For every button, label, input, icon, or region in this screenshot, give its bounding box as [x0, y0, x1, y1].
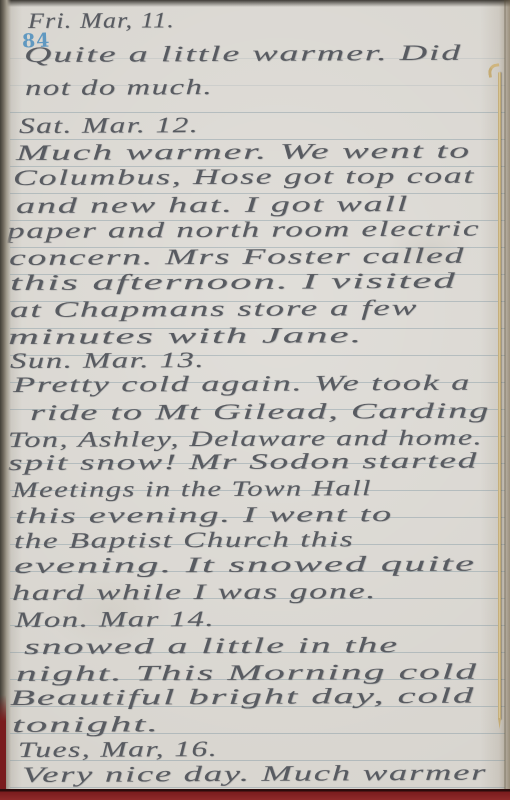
page-edge-crease	[504, 0, 506, 789]
journal-line: not do much.	[25, 74, 213, 101]
journal-line: evening. It snowed quite	[14, 551, 476, 579]
journal-lines: Fri. Mar, 11.Quite a little warmer. Didn…	[0, 0, 510, 800]
journal-line: and new hat. I got wall	[16, 191, 409, 219]
journal-line: paper and north room electric	[7, 216, 480, 244]
journal-line: this afternoon. I visited	[10, 268, 457, 296]
journal-line: minutes with Jane.	[8, 322, 363, 350]
journal-line: Beautiful bright day, cold	[10, 683, 475, 711]
binding-edge	[0, 0, 11, 800]
journal-line: Columbus, Hose got top coat	[13, 163, 475, 191]
diary-page-scan: 84 Fri. Mar, 11.Quite a little warmer. D…	[0, 0, 510, 800]
journal-line: ride to Mt Gilead, Carding	[30, 398, 490, 426]
journal-line: Sat. Mar. 12.	[19, 112, 199, 139]
journal-line: the Baptist Church this	[14, 526, 354, 554]
journal-line: snowed a little in the	[24, 632, 399, 660]
journal-line: Quite a little warmer. Did	[24, 40, 462, 68]
journal-line: at Chapmans store a few	[10, 295, 418, 323]
journal-line: Much warmer. We went to	[16, 138, 471, 166]
journal-line: Very nice day. Much warmer	[22, 760, 487, 788]
journal-line: hard while I was gone.	[12, 578, 377, 606]
journal-line: spit snow! Mr Sodon started	[8, 448, 478, 476]
journal-line: concern. Mrs Foster called	[9, 243, 465, 271]
cover-edge-left	[0, 695, 6, 800]
journal-line: Meetings in the Town Hall	[12, 475, 372, 503]
journal-line: this evening. I went to	[15, 501, 393, 529]
journal-line: Tues, Mar, 16.	[18, 736, 218, 763]
journal-line: tonight.	[12, 711, 160, 738]
journal-line: Fri. Mar, 11.	[28, 7, 175, 34]
cover-edge-bottom	[0, 789, 510, 800]
journal-line: Mon. Mar 14.	[15, 606, 215, 633]
binding-thread	[498, 72, 501, 720]
page-top-shadow	[0, 0, 510, 7]
journal-line: Sun. Mar. 13.	[10, 347, 205, 374]
journal-line: Pretty cold again. We took a	[13, 370, 471, 398]
